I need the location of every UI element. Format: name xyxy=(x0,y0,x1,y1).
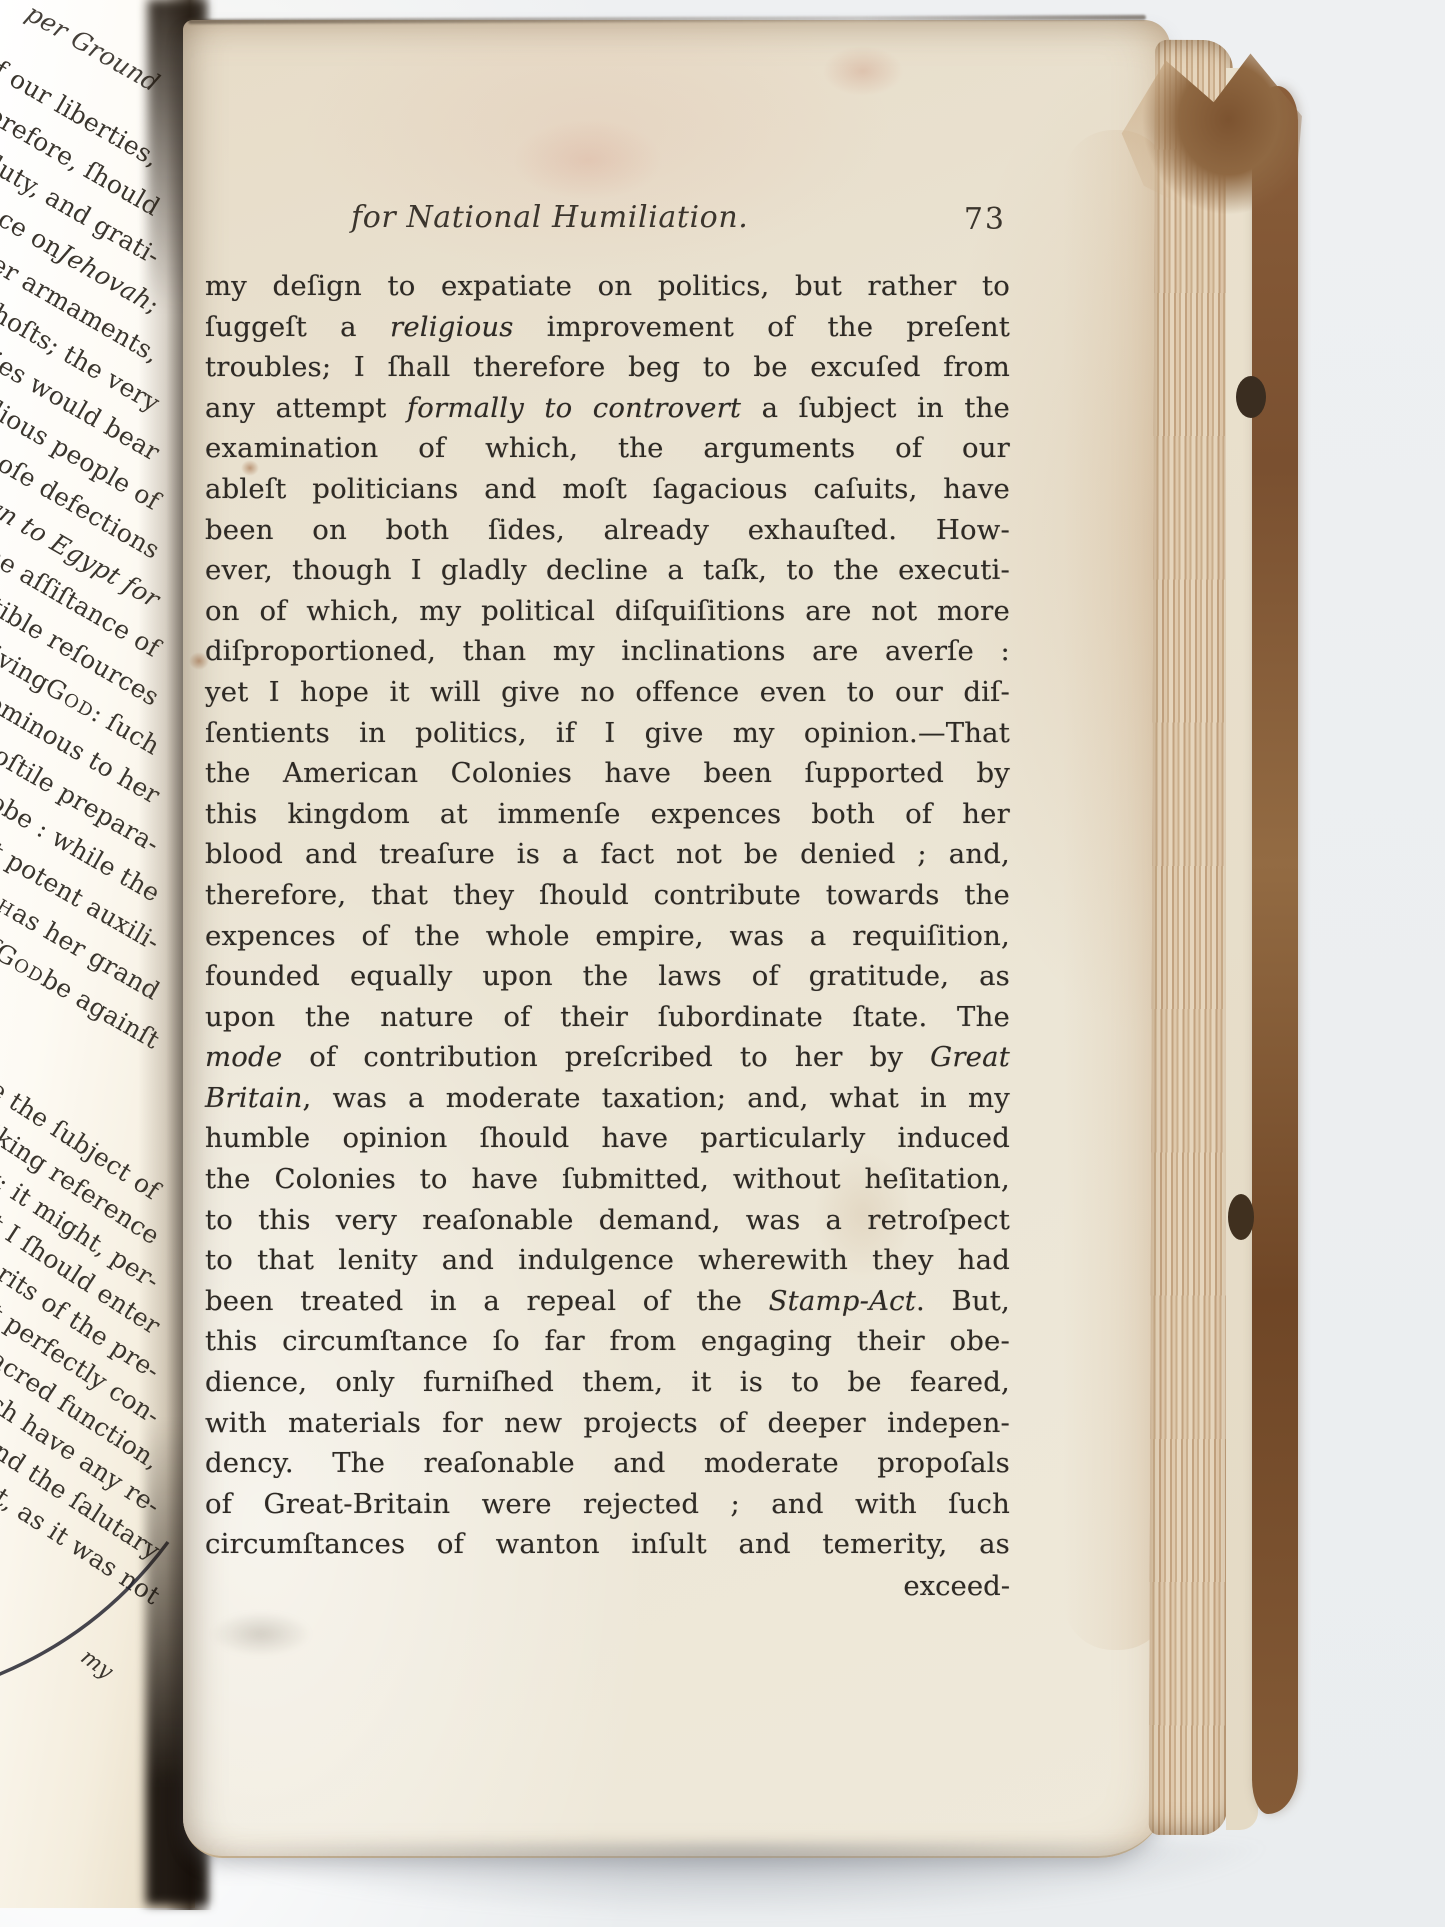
text-line: my deſign to expatiate on politics, but … xyxy=(205,266,1010,307)
right-page: for National Humiliation. 73 my deſign t… xyxy=(183,20,1170,1858)
text-segment: dency. The reaſonable and moderate propo… xyxy=(205,1447,1010,1479)
text-segment: ſentients in politics, if I give my opin… xyxy=(205,717,1010,749)
text-line: humble opinion ſhould have particularly … xyxy=(205,1118,1010,1159)
text-line: ableſt politicians and moſt ſagacious ca… xyxy=(205,469,1010,510)
text-segment: Great xyxy=(930,1041,1010,1073)
text-line: dency. The reaſonable and moderate propo… xyxy=(205,1443,1010,1484)
text-segment: my deſign to expatiate on politics, but … xyxy=(205,270,1010,302)
text-segment: of Great-Britain were rejected ; and wit… xyxy=(205,1488,1010,1520)
text-segment: any attempt xyxy=(205,392,407,424)
text-segment: ableſt politicians and moſt ſagacious ca… xyxy=(205,473,1010,505)
text-line: upon the nature of their ſubordinate ſta… xyxy=(205,997,1010,1038)
text-segment: troubles; I ſhall therefore beg to be ex… xyxy=(205,351,1010,383)
text-segment: humble opinion ſhould have particularly … xyxy=(205,1122,1010,1154)
text-segment: religious xyxy=(390,311,514,343)
text-line: ſuggeſt a religious improvement of the p… xyxy=(205,307,1010,348)
text-segment: examination of which, the arguments of o… xyxy=(205,432,1010,464)
page-number: 73 xyxy=(964,202,1006,237)
text-segment: dience, only furniſhed them, it is to be… xyxy=(205,1366,1010,1398)
text-segment: on of which, my political diſquiſitions … xyxy=(205,595,1010,627)
text-line: Britain, was a moderate taxation; and, w… xyxy=(205,1078,1010,1119)
book-bottom-shadow xyxy=(205,1844,1270,1916)
text-segment: ever, though I gladly decline a taſk, to… xyxy=(205,554,1010,586)
text-segment: . But, xyxy=(916,1285,1010,1317)
catchword: exceed- xyxy=(205,1566,1010,1607)
text-segment: formally to controvert xyxy=(407,392,741,424)
text-line: with materials for new projects of deepe… xyxy=(205,1403,1010,1444)
paper-stain xyxy=(823,46,903,96)
text-segment: therefore, that they ſhould contribute t… xyxy=(205,879,1010,911)
text-segment: been on both ſides, already exhauſted. H… xyxy=(205,514,1010,546)
text-segment: founded equally upon the laws of gratitu… xyxy=(205,960,1010,992)
page-header: for National Humiliation. 73 xyxy=(205,200,1010,244)
text-segment: been treated in a repeal of the xyxy=(205,1285,769,1317)
text-segment: this kingdom at immenſe expences both of… xyxy=(205,798,1010,830)
text-line: on of which, my political diſquiſitions … xyxy=(205,591,1010,632)
text-line: therefore, that they ſhould contribute t… xyxy=(205,875,1010,916)
text-line: any attempt formally to controvert a ſub… xyxy=(205,388,1010,429)
text-line: circumſtances of wanton inſult and temer… xyxy=(205,1524,1010,1565)
text-line: ſentients in politics, if I give my opin… xyxy=(205,713,1010,754)
text-line: to this very reaſonable demand, was a re… xyxy=(205,1200,1010,1241)
text-line: blood and treaſure is a fact not be deni… xyxy=(205,834,1010,875)
text-segment: this circumſtance ſo far from engaging t… xyxy=(205,1325,1010,1357)
text-segment: improvement of the preſent xyxy=(514,311,1010,343)
text-line: expences of the whole empire, was a requ… xyxy=(205,916,1010,957)
text-line: mode of contribution preſcribed to her b… xyxy=(205,1037,1010,1078)
body-text: my deſign to expatiate on politics, but … xyxy=(205,266,1010,1607)
text-segment: expences of the whole empire, was a requ… xyxy=(205,920,1010,952)
edge-notch xyxy=(1228,1194,1254,1240)
text-segment: Stamp-Act xyxy=(769,1285,916,1317)
text-line: this kingdom at immenſe expences both of… xyxy=(205,794,1010,835)
text-segment: of contribution preſcribed to her by xyxy=(282,1041,930,1073)
text-segment: mode xyxy=(205,1041,282,1073)
text-segment: , was a moderate taxation; and, what in … xyxy=(303,1082,1010,1114)
text-line: been treated in a repeal of the Stamp-Ac… xyxy=(205,1281,1010,1322)
text-segment: with materials for new projects of deepe… xyxy=(205,1407,1010,1439)
text-segment: upon the nature of their ſubordinate ſta… xyxy=(205,1001,1010,1033)
text-segment: to this very reaſonable demand, was a re… xyxy=(205,1204,1010,1236)
text-line: been on both ſides, already exhauſted. H… xyxy=(205,510,1010,551)
fore-edge-page-stack xyxy=(1149,40,1233,1835)
left-page-text-fragments-top: per Groundof our liberties,therefore, ſh… xyxy=(0,60,155,1066)
fore-edge-worn-cover xyxy=(1252,86,1298,1814)
text-line: to that lenity and indulgence wherewith … xyxy=(205,1240,1010,1281)
text-segment: blood and treaſure is a fact not be deni… xyxy=(205,838,1010,870)
paper-stain xyxy=(513,120,663,200)
text-segment: yet I hope it will give no offence even … xyxy=(205,676,1010,708)
paper-stain xyxy=(211,1612,311,1656)
text-segment: Britain xyxy=(205,1082,303,1114)
text-segment: a ſubject in the xyxy=(741,392,1010,424)
text-line: founded equally upon the laws of gratitu… xyxy=(205,956,1010,997)
text-line: examination of which, the arguments of o… xyxy=(205,428,1010,469)
text-segment: the Colonies to have ſubmitted, without … xyxy=(205,1163,1010,1195)
text-segment: circumſtances of wanton inſult and temer… xyxy=(205,1528,1010,1560)
text-line: ever, though I gladly decline a taſk, to… xyxy=(205,550,1010,591)
text-line: diſproportioned, than my inclinations ar… xyxy=(205,631,1010,672)
text-line: the Colonies to have ſubmitted, without … xyxy=(205,1159,1010,1200)
text-segment: diſproportioned, than my inclinations ar… xyxy=(205,635,1010,667)
edge-notch xyxy=(1236,376,1266,418)
text-line: this circumſtance ſo far from engaging t… xyxy=(205,1321,1010,1362)
text-line: yet I hope it will give no offence even … xyxy=(205,672,1010,713)
text-line: troubles; I ſhall therefore beg to be ex… xyxy=(205,347,1010,388)
text-line: of Great-Britain were rejected ; and wit… xyxy=(205,1484,1010,1525)
text-segment: to that lenity and indulgence wherewith … xyxy=(205,1244,1010,1276)
text-line: the American Colonies have been ſupporte… xyxy=(205,753,1010,794)
running-title: for National Humiliation. xyxy=(351,200,748,235)
book-photo: per Groundof our liberties,therefore, ſh… xyxy=(0,0,1445,1927)
text-segment: the American Colonies have been ſupporte… xyxy=(205,757,1010,789)
text-line: dience, only furniſhed them, it is to be… xyxy=(205,1362,1010,1403)
text-segment: ſuggeſt a xyxy=(205,311,390,343)
